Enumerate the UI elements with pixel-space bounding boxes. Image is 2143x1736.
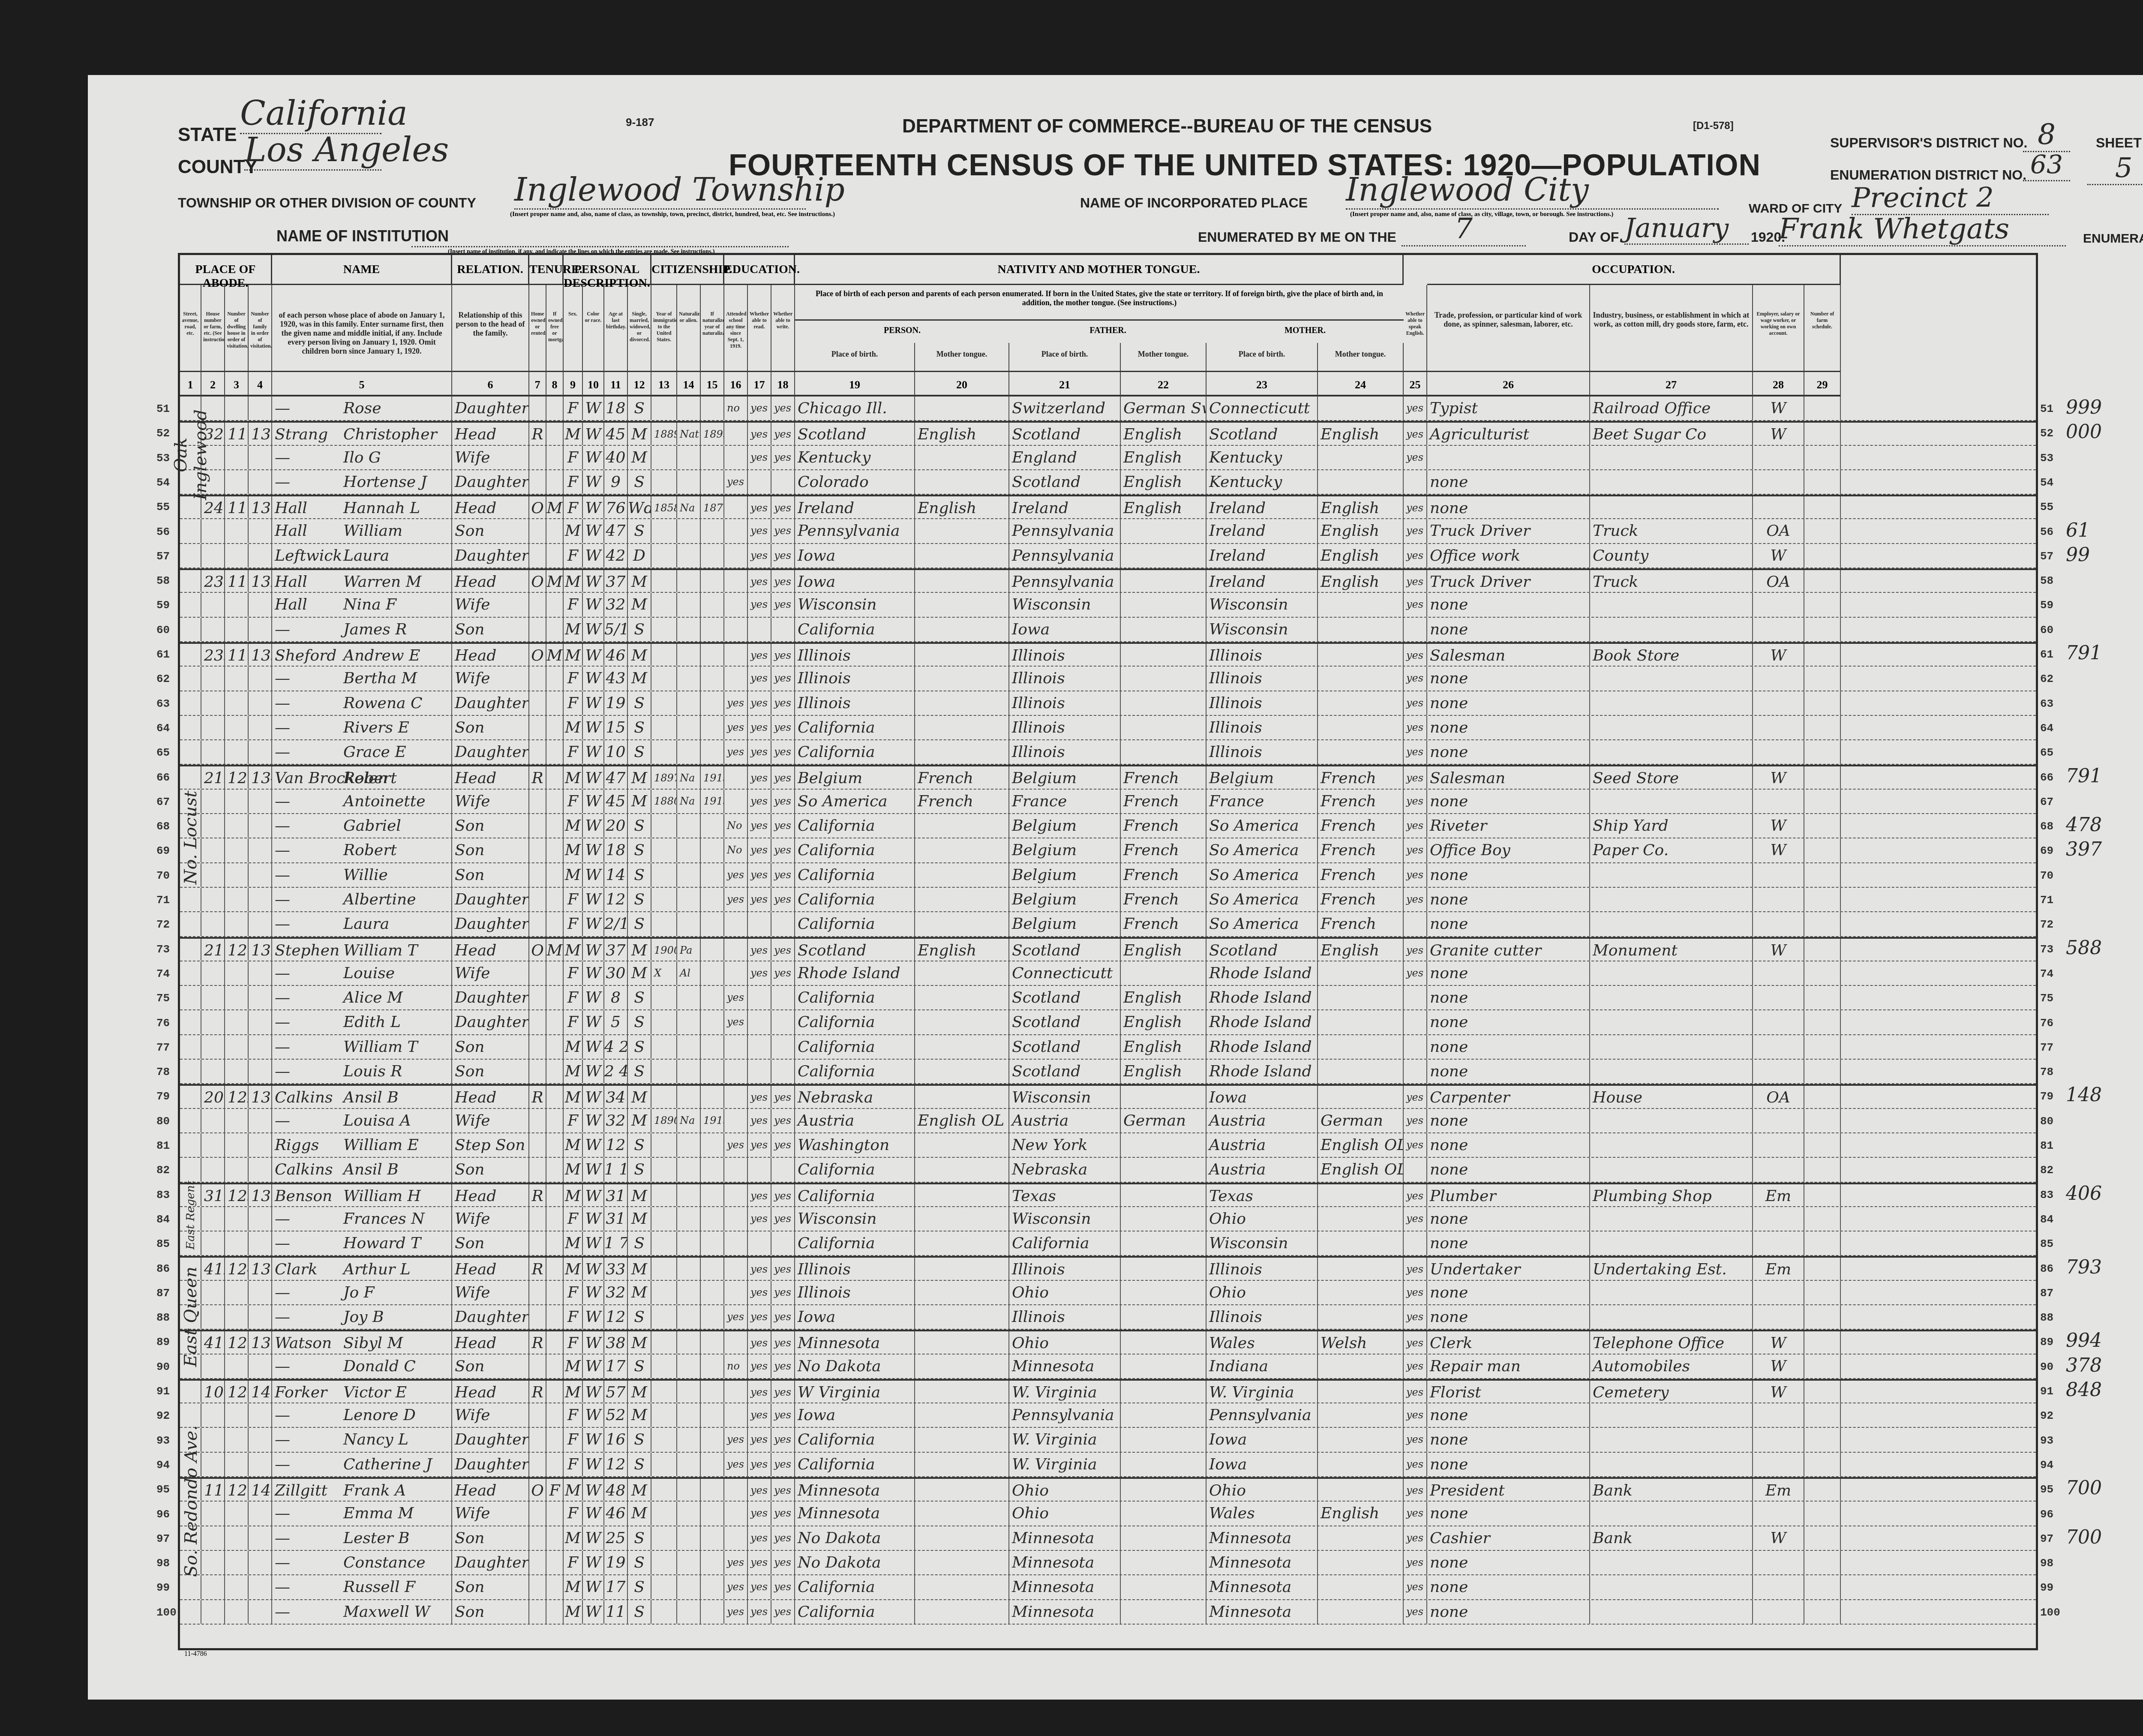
cell-home	[529, 1526, 546, 1550]
cell-pob: Illinois	[795, 1281, 915, 1304]
given-name: Arthur L	[343, 1261, 411, 1278]
cell-class	[1753, 1231, 1804, 1255]
nativity-subgroup-label: FATHER.	[1009, 319, 1207, 336]
cell-owned: M	[546, 939, 564, 961]
cell-owned	[546, 961, 564, 985]
surname: —	[275, 1010, 343, 1034]
cell-read: yes	[748, 1133, 771, 1157]
column-number: 28	[1753, 371, 1804, 396]
surname: —	[275, 1305, 343, 1329]
margin-ref-number: 793	[2066, 1256, 2102, 1278]
column-header-sex: Sex.	[564, 285, 583, 371]
cell-industry: House	[1590, 1086, 1753, 1108]
cell-age: 16	[604, 1428, 628, 1451]
column-number: 2	[201, 371, 225, 396]
cell-read: yes	[748, 863, 771, 887]
cell-immig	[651, 396, 677, 420]
cell-relation: Son	[452, 1035, 529, 1059]
cell-immig	[651, 544, 677, 568]
cell-race: W	[583, 986, 604, 1009]
cell-m_pob: So America	[1207, 888, 1318, 911]
cell-relation: Head	[452, 423, 529, 445]
cell-dwelling	[225, 716, 249, 739]
cell-tongue: French	[915, 790, 1009, 813]
cell-trade: Riveter	[1427, 814, 1590, 838]
cell-owned	[546, 1502, 564, 1525]
cell-marital: S	[628, 1575, 651, 1599]
cell-sex: F	[564, 1305, 583, 1329]
cell-f_pob: Illinois	[1009, 740, 1121, 764]
cell-trade: Typist	[1427, 396, 1590, 420]
cell-school	[724, 1231, 748, 1255]
cell-f_pob: Scotland	[1009, 986, 1121, 1009]
cell-farm	[1804, 570, 1841, 592]
cell-sex: M	[564, 1479, 583, 1501]
margin-ref-number: 478	[2066, 814, 2102, 836]
department-title: DEPARTMENT OF COMMERCE--BUREAU OF THE CE…	[902, 116, 1432, 137]
cell-relation: Wife	[452, 790, 529, 813]
cell-farm	[1804, 1428, 1841, 1451]
cell-write: yes	[771, 593, 795, 616]
cell-marital: S	[628, 814, 651, 838]
cell-f_tongue	[1121, 570, 1207, 592]
cell-write	[771, 618, 795, 641]
cell-industry: Truck	[1590, 519, 1753, 543]
cell-nat	[677, 1600, 701, 1624]
cell-f_pob: Illinois	[1009, 691, 1121, 715]
cell-relation: Wife	[452, 593, 529, 616]
cell-read: yes	[748, 1428, 771, 1451]
column-number: 26	[1427, 371, 1590, 396]
nativity-subgroup-label: PERSON.	[795, 319, 1009, 336]
cell-race: W	[583, 790, 604, 813]
margin-ref-number: 700	[2066, 1526, 2102, 1548]
cell-dwelling	[225, 1428, 249, 1451]
cell-f_tongue: German Swiss	[1121, 396, 1207, 420]
column-header-owned: If owned, free or mortgaged.	[546, 285, 564, 371]
cell-race: W	[583, 544, 604, 568]
cell-name: —Rose	[272, 396, 452, 420]
cell-f_pob: Illinois	[1009, 716, 1121, 739]
column-group-header: RELATION.	[452, 255, 529, 285]
cell-read: yes	[748, 396, 771, 420]
cell-immig: 1900	[651, 939, 677, 961]
cell-tongue	[915, 396, 1009, 420]
cell-f_pob: Minnesota	[1009, 1526, 1121, 1550]
given-name: William	[343, 522, 402, 540]
column-number: 20	[915, 371, 1009, 396]
line-number: 98	[156, 1557, 170, 1570]
cell-pob: Wisconsin	[795, 593, 915, 616]
cell-f_tongue: English	[1121, 1060, 1207, 1083]
line-number: 87	[156, 1287, 170, 1300]
cell-race: W	[583, 667, 604, 690]
cell-race: W	[583, 593, 604, 616]
cell-class: W	[1753, 1381, 1804, 1403]
ward-label: WARD OF CITY	[1749, 201, 1842, 216]
cell-write: yes	[771, 740, 795, 764]
cell-immig	[651, 716, 677, 739]
cell-house	[201, 716, 225, 739]
cell-owned	[546, 1133, 564, 1157]
surname: —	[275, 1109, 343, 1132]
cell-marital: S	[628, 1551, 651, 1574]
cell-dwelling: 124	[225, 1258, 249, 1279]
line-number: 72	[2040, 918, 2053, 931]
column-header-m_pob: Place of birth.	[1207, 343, 1318, 371]
column-header-trade: Trade, profession, or particular kind of…	[1427, 285, 1590, 371]
cell-nat: Na	[677, 790, 701, 813]
cell-relation: Head	[452, 496, 529, 518]
cell-owned	[546, 618, 564, 641]
surname: Hall	[275, 496, 343, 518]
cell-m_tongue: French	[1318, 766, 1404, 788]
cell-farm	[1804, 1060, 1841, 1083]
cell-read: yes	[748, 446, 771, 469]
surname: —	[275, 618, 343, 641]
cell-nat	[677, 1526, 701, 1550]
cell-m_pob: Rhode Island	[1207, 1060, 1318, 1083]
cell-name: —Grace E	[272, 740, 452, 764]
cell-age: 47	[604, 519, 628, 543]
cell-age: 5/12	[604, 618, 628, 641]
cell-name: —Louise	[272, 961, 452, 985]
cell-immig: 1890	[651, 1109, 677, 1132]
cell-name: ClarkArthur L	[272, 1258, 452, 1279]
cell-tongue	[915, 1551, 1009, 1574]
table-row: —Maxwell WSonMW11SyesyesyesCaliforniaMin…	[180, 1600, 2036, 1625]
cell-read: yes	[748, 1526, 771, 1550]
cell-industry: Ship Yard	[1590, 814, 1753, 838]
cell-read	[748, 986, 771, 1009]
cell-relation: Daughter	[452, 470, 529, 494]
cell-owned	[546, 1381, 564, 1403]
cell-sex: M	[564, 1381, 583, 1403]
cell-f_tongue: French	[1121, 888, 1207, 911]
cell-trade: none	[1427, 1305, 1590, 1329]
cell-name: —Jo F	[272, 1281, 452, 1304]
cell-relation: Son	[452, 1231, 529, 1255]
cell-industry	[1590, 1035, 1753, 1059]
table-row: 325116130StrangChristopherHeadRMW45M1889…	[180, 421, 2036, 445]
cell-natyr	[701, 961, 724, 985]
cell-house	[201, 1281, 225, 1304]
cell-english: yes	[1404, 544, 1427, 568]
cell-m_tongue: French	[1318, 838, 1404, 862]
cell-immig	[651, 593, 677, 616]
cell-sex: F	[564, 1281, 583, 1304]
surname: —	[275, 740, 343, 764]
cell-f_tongue: French	[1121, 863, 1207, 887]
cell-pob: Belgium	[795, 766, 915, 788]
cell-read	[748, 1158, 771, 1181]
cell-house	[201, 1600, 225, 1624]
cell-dwelling	[225, 1526, 249, 1550]
cell-farm	[1804, 1355, 1841, 1378]
cell-family	[249, 1600, 272, 1624]
cell-m_tongue: English	[1318, 939, 1404, 961]
surname: —	[275, 667, 343, 690]
cell-school	[724, 790, 748, 813]
cell-marital: M	[628, 1184, 651, 1206]
line-number: 69	[156, 844, 170, 857]
cell-natyr	[701, 446, 724, 469]
table-row: 111127141ZillgittFrank AHeadOFMW48Myesye…	[180, 1477, 2036, 1502]
cell-class	[1753, 863, 1804, 887]
cell-industry	[1590, 1600, 1753, 1624]
cell-trade: none	[1427, 1109, 1590, 1132]
cell-f_pob: Pennsylvania	[1009, 570, 1121, 592]
cell-pob: California	[795, 838, 915, 862]
cell-trade: Plumber	[1427, 1184, 1590, 1206]
cell-m_tongue	[1318, 1551, 1404, 1574]
cell-trade: none	[1427, 1502, 1590, 1525]
cell-tongue	[915, 716, 1009, 739]
cell-nat	[677, 470, 701, 494]
cell-trade: Agriculturist	[1427, 423, 1590, 445]
cell-tongue: French	[915, 766, 1009, 788]
cell-name: CalkinsAnsil B	[272, 1158, 452, 1181]
cell-m_tongue	[1318, 396, 1404, 420]
cell-name: —Ilo G	[272, 446, 452, 469]
cell-immig	[651, 519, 677, 543]
cell-school: yes	[724, 1453, 748, 1476]
cell-trade: none	[1427, 1231, 1590, 1255]
column-number: 23	[1207, 371, 1318, 396]
cell-f_tongue: English	[1121, 1010, 1207, 1034]
surname: —	[275, 888, 343, 911]
cell-write: yes	[771, 496, 795, 518]
cell-f_pob: Pennsylvania	[1009, 1403, 1121, 1427]
cell-age: 12	[604, 1133, 628, 1157]
column-group-header: EDUCATION.	[724, 255, 795, 285]
column-header-class: Employer, salary or wage worker, or work…	[1753, 285, 1804, 371]
cell-f_tongue	[1121, 1453, 1207, 1476]
cell-tongue	[915, 1331, 1009, 1353]
cell-sex: M	[564, 939, 583, 961]
cell-read: yes	[748, 519, 771, 543]
cell-marital: S	[628, 1133, 651, 1157]
cell-name: —Emma M	[272, 1502, 452, 1525]
cell-marital: S	[628, 1355, 651, 1378]
cell-pob: Nebraska	[795, 1086, 915, 1108]
cell-nat	[677, 1231, 701, 1255]
cell-f_pob: W. Virginia	[1009, 1453, 1121, 1476]
cell-nat	[677, 1133, 701, 1157]
cell-race: W	[583, 1502, 604, 1525]
line-number: 58	[156, 574, 170, 587]
cell-race: W	[583, 1526, 604, 1550]
supervisor-district-value: 8	[2023, 118, 2070, 152]
line-number: 65	[156, 746, 170, 759]
cell-natyr	[701, 888, 724, 911]
cell-f_tongue	[1121, 1231, 1207, 1255]
cell-nat	[677, 1453, 701, 1476]
column-header-immig: Year of immigration to the United States…	[651, 285, 677, 371]
cell-trade: Salesman	[1427, 766, 1590, 788]
cell-name: BensonWilliam H	[272, 1184, 452, 1206]
line-number: 91	[156, 1385, 170, 1398]
cell-owned	[546, 766, 564, 788]
cell-relation: Step Son	[452, 1133, 529, 1157]
cell-m_tongue	[1318, 1035, 1404, 1059]
cell-m_tongue: English	[1318, 519, 1404, 543]
cell-family	[249, 691, 272, 715]
cell-f_pob: New York	[1009, 1133, 1121, 1157]
cell-owned	[546, 740, 564, 764]
cell-race: W	[583, 888, 604, 911]
cell-family	[249, 667, 272, 690]
cell-home: O	[529, 570, 546, 592]
cell-trade: none	[1427, 1551, 1590, 1574]
cell-name: —Hortense J	[272, 470, 452, 494]
table-row: 412124138ClarkArthur LHeadRMW33MyesyesIl…	[180, 1256, 2036, 1280]
cell-nat	[677, 1010, 701, 1034]
cell-pob: Illinois	[795, 644, 915, 666]
cell-relation: Daughter	[452, 1453, 529, 1476]
table-row: 233119133ShefordAndrew EHeadOMMW46Myesye…	[180, 642, 2036, 667]
surname: —	[275, 912, 343, 936]
cell-school	[724, 446, 748, 469]
table-row: 101126140ForkerVictor EHeadRMW57MyesyesW…	[180, 1379, 2036, 1403]
cell-sex: F	[564, 496, 583, 518]
cell-trade: none	[1427, 1133, 1590, 1157]
cell-farm	[1804, 740, 1841, 764]
cell-tongue	[915, 1428, 1009, 1451]
cell-home	[529, 814, 546, 838]
cell-tongue	[915, 1403, 1009, 1427]
cell-immig	[651, 667, 677, 690]
surname: —	[275, 1231, 343, 1255]
cell-natyr	[701, 1010, 724, 1034]
cell-class	[1753, 1158, 1804, 1181]
cell-read	[748, 1010, 771, 1034]
cell-race: W	[583, 1231, 604, 1255]
cell-m_pob: Pennsylvania	[1207, 1403, 1318, 1427]
column-number: 15	[701, 371, 724, 396]
cell-age: 76	[604, 496, 628, 518]
cell-pob: California	[795, 1035, 915, 1059]
cell-f_pob: Belgium	[1009, 838, 1121, 862]
cell-house	[201, 838, 225, 862]
cell-farm	[1804, 716, 1841, 739]
cell-m_pob: Austria	[1207, 1158, 1318, 1181]
cell-race: W	[583, 1258, 604, 1279]
cell-class: W	[1753, 814, 1804, 838]
cell-owned: M	[546, 496, 564, 518]
cell-immig	[651, 1551, 677, 1574]
cell-natyr: 1870	[701, 496, 724, 518]
column-group-label: NAME	[272, 255, 451, 276]
cell-school: yes	[724, 888, 748, 911]
cell-industry: Bank	[1590, 1526, 1753, 1550]
column-header-natyr: If naturalized, year of naturalization.	[701, 285, 724, 371]
margin-ref-number: 588	[2066, 937, 2102, 959]
cell-home	[529, 1281, 546, 1304]
cell-pob: Colorado	[795, 470, 915, 494]
cell-home	[529, 1305, 546, 1329]
cell-marital: S	[628, 912, 651, 936]
cell-dwelling	[225, 618, 249, 641]
cell-marital: S	[628, 838, 651, 862]
cell-f_pob: W. Virginia	[1009, 1428, 1121, 1451]
cell-class	[1753, 1207, 1804, 1231]
cell-dwelling	[225, 1575, 249, 1599]
line-number: 99	[156, 1581, 170, 1594]
cell-tongue	[915, 1453, 1009, 1476]
cell-m_pob: Illinois	[1207, 740, 1318, 764]
cell-dwelling	[225, 1600, 249, 1624]
cell-nat: Na	[677, 496, 701, 518]
line-number: 76	[2040, 1017, 2053, 1030]
cell-industry	[1590, 1551, 1753, 1574]
cell-dwelling	[225, 740, 249, 764]
cell-m_tongue: French	[1318, 912, 1404, 936]
column-header-age: Age at last birthday.	[604, 285, 628, 371]
cell-sex: F	[564, 790, 583, 813]
column-number: 6	[452, 371, 529, 396]
cell-read: yes	[748, 766, 771, 788]
cell-school	[724, 1281, 748, 1304]
cell-home	[529, 1355, 546, 1378]
margin-ref-number: 791	[2066, 765, 2102, 787]
cell-read: yes	[748, 570, 771, 592]
cell-read: yes	[748, 1109, 771, 1132]
cell-tongue	[915, 446, 1009, 469]
cell-relation: Head	[452, 1086, 529, 1108]
line-number: 99	[2040, 1581, 2053, 1594]
cell-f_tongue	[1121, 644, 1207, 666]
cell-pob: Pennsylvania	[795, 519, 915, 543]
cell-read: yes	[748, 1184, 771, 1206]
cell-f_pob: Scotland	[1009, 939, 1121, 961]
cell-owned	[546, 1184, 564, 1206]
cell-age: 4 2/12	[604, 1035, 628, 1059]
cell-sex: F	[564, 1207, 583, 1231]
cell-sex: M	[564, 1575, 583, 1599]
cell-class	[1753, 691, 1804, 715]
line-number: 93	[156, 1434, 170, 1447]
cell-class	[1753, 1305, 1804, 1329]
column-group-header: CITIZENSHIP.	[651, 255, 724, 285]
cell-nat	[677, 888, 701, 911]
cell-race: W	[583, 423, 604, 445]
cell-dwelling	[225, 1010, 249, 1034]
surname: —	[275, 1575, 343, 1599]
cell-school	[724, 1331, 748, 1353]
line-number: 97	[156, 1532, 170, 1545]
cell-class: W	[1753, 1331, 1804, 1353]
cell-tongue	[915, 667, 1009, 690]
cell-marital: S	[628, 1305, 651, 1329]
cell-natyr	[701, 1551, 724, 1574]
cell-house: 215	[201, 766, 225, 788]
cell-dwelling	[225, 1355, 249, 1378]
cell-english	[1404, 618, 1427, 641]
cell-school	[724, 1526, 748, 1550]
cell-marital: M	[628, 593, 651, 616]
cell-home: O	[529, 1479, 546, 1501]
cell-dwelling	[225, 888, 249, 911]
table-row: —Rowena CDaughterFW19SyesyesyesIllinoisI…	[180, 691, 2036, 716]
cell-write: yes	[771, 1428, 795, 1451]
cell-farm	[1804, 888, 1841, 911]
cell-trade: Truck Driver	[1427, 519, 1590, 543]
cell-nat	[677, 691, 701, 715]
table-row: —GabrielSonMW20SNoyesyesCaliforniaBelgiu…	[180, 814, 2036, 838]
cell-immig	[651, 1355, 677, 1378]
cell-m_pob: So America	[1207, 838, 1318, 862]
